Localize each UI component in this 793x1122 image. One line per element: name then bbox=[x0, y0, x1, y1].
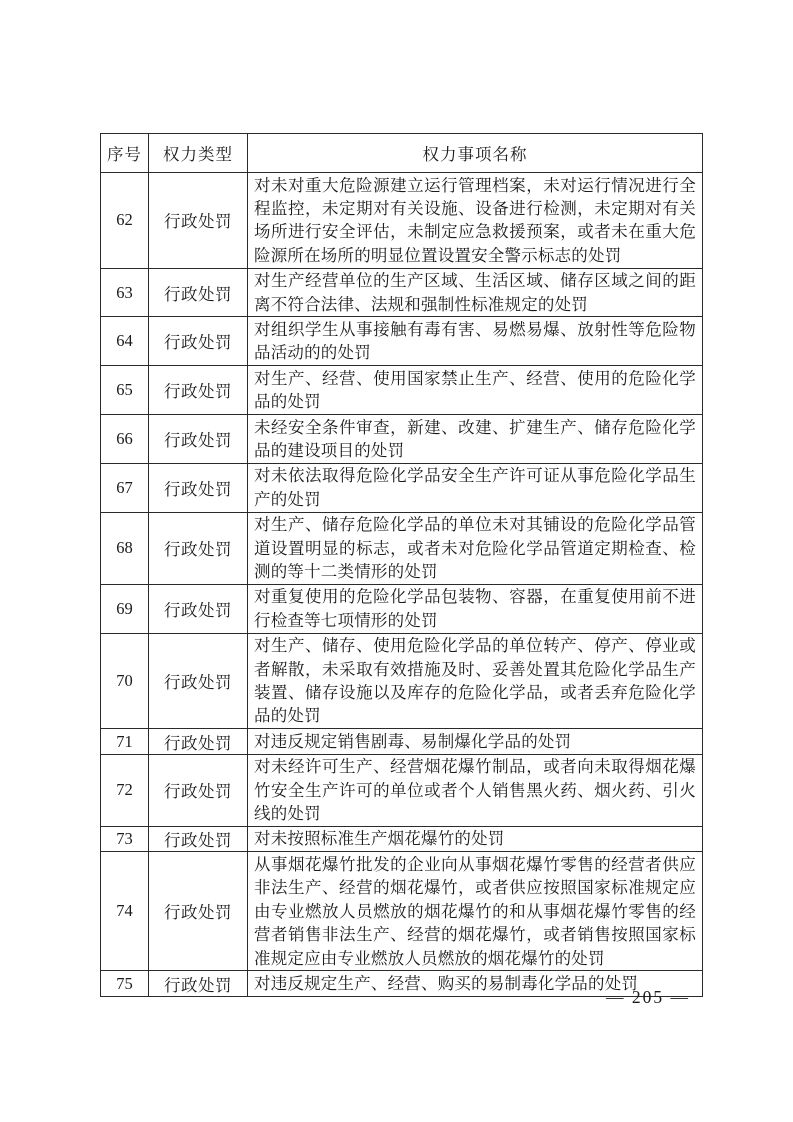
cell-power-item-name: 对生产、储存危险化学品的单位未对其铺设的危险化学品管道设置明显的标志，或者未对危… bbox=[248, 512, 703, 584]
cell-power-item-name: 对生产、经营、使用国家禁止生产、经营、使用的危险化学品的处罚 bbox=[248, 366, 703, 415]
cell-power-type: 行政处罚 bbox=[149, 268, 248, 317]
cell-serial-number: 62 bbox=[101, 173, 149, 269]
header-serial-number: 序号 bbox=[101, 134, 149, 173]
table-row: 66 行政处罚 未经安全条件审查，新建、改建、扩建生产、储存危险化学品的建设项目… bbox=[101, 415, 703, 464]
header-power-type: 权力类型 bbox=[149, 134, 248, 173]
table-header-row: 序号 权力类型 权力事项名称 bbox=[101, 134, 703, 173]
cell-power-type: 行政处罚 bbox=[149, 512, 248, 584]
cell-power-type: 行政处罚 bbox=[149, 317, 248, 366]
page-number: — 205 — bbox=[0, 987, 690, 1008]
cell-power-type: 行政处罚 bbox=[149, 633, 248, 729]
table-row: 63 行政处罚 对生产经营单位的生产区域、生活区域、储存区域之间的距离不符合法律… bbox=[101, 268, 703, 317]
cell-power-type: 行政处罚 bbox=[149, 366, 248, 415]
cell-power-item-name: 对生产、储存、使用危险化学品的单位转产、停产、停业或者解散，未采取有效措施及时、… bbox=[248, 633, 703, 729]
authority-items-table-wrap: 序号 权力类型 权力事项名称 62 行政处罚 对未对重大危险源建立运行管理档案，… bbox=[100, 133, 702, 997]
cell-power-item-name: 对未依法取得危险化学品安全生产许可证从事危险化学品生产的处罚 bbox=[248, 463, 703, 512]
cell-power-item-name: 对重复使用的危险化学品包装物、容器，在重复使用前不进行检查等七项情形的处罚 bbox=[248, 584, 703, 633]
authority-items-table: 序号 权力类型 权力事项名称 62 行政处罚 对未对重大危险源建立运行管理档案，… bbox=[100, 133, 703, 997]
table-row: 64 行政处罚 对组织学生从事接触有毒有害、易燃易爆、放射性等危险物品活动的的处… bbox=[101, 317, 703, 366]
cell-power-type: 行政处罚 bbox=[149, 754, 248, 826]
cell-power-item-name: 对组织学生从事接触有毒有害、易燃易爆、放射性等危险物品活动的的处罚 bbox=[248, 317, 703, 366]
cell-serial-number: 65 bbox=[101, 366, 149, 415]
table-row: 67 行政处罚 对未依法取得危险化学品安全生产许可证从事危险化学品生产的处罚 bbox=[101, 463, 703, 512]
cell-power-item-name: 对未经许可生产、经营烟花爆竹制品，或者向未取得烟花爆竹安全生产许可的单位或者个人… bbox=[248, 754, 703, 826]
cell-power-type: 行政处罚 bbox=[149, 826, 248, 851]
cell-serial-number: 63 bbox=[101, 268, 149, 317]
cell-serial-number: 66 bbox=[101, 415, 149, 464]
cell-serial-number: 72 bbox=[101, 754, 149, 826]
cell-power-item-name: 对生产经营单位的生产区域、生活区域、储存区域之间的距离不符合法律、法规和强制性标… bbox=[248, 268, 703, 317]
cell-serial-number: 68 bbox=[101, 512, 149, 584]
table-row: 65 行政处罚 对生产、经营、使用国家禁止生产、经营、使用的危险化学品的处罚 bbox=[101, 366, 703, 415]
table-row: 71 行政处罚 对违反规定销售剧毒、易制爆化学品的处罚 bbox=[101, 729, 703, 754]
cell-serial-number: 69 bbox=[101, 584, 149, 633]
cell-serial-number: 73 bbox=[101, 826, 149, 851]
cell-power-type: 行政处罚 bbox=[149, 415, 248, 464]
cell-power-type: 行政处罚 bbox=[149, 729, 248, 754]
cell-power-item-name: 对违反规定销售剧毒、易制爆化学品的处罚 bbox=[248, 729, 703, 754]
cell-serial-number: 64 bbox=[101, 317, 149, 366]
cell-power-item-name: 未经安全条件审查，新建、改建、扩建生产、储存危险化学品的建设项目的处罚 bbox=[248, 415, 703, 464]
table-row: 69 行政处罚 对重复使用的危险化学品包装物、容器，在重复使用前不进行检查等七项… bbox=[101, 584, 703, 633]
cell-serial-number: 71 bbox=[101, 729, 149, 754]
cell-power-item-name: 对未对重大危险源建立运行管理档案，未对运行情况进行全程监控，未定期对有关设施、设… bbox=[248, 173, 703, 269]
cell-power-type: 行政处罚 bbox=[149, 852, 248, 971]
cell-serial-number: 70 bbox=[101, 633, 149, 729]
table-body: 62 行政处罚 对未对重大危险源建立运行管理档案，未对运行情况进行全程监控，未定… bbox=[101, 173, 703, 997]
table-row: 74 行政处罚 从事烟花爆竹批发的企业向从事烟花爆竹零售的经营者供应非法生产、经… bbox=[101, 852, 703, 971]
table-row: 70 行政处罚 对生产、储存、使用危险化学品的单位转产、停产、停业或者解散，未采… bbox=[101, 633, 703, 729]
cell-power-item-name: 从事烟花爆竹批发的企业向从事烟花爆竹零售的经营者供应非法生产、经营的烟花爆竹，或… bbox=[248, 852, 703, 971]
table-row: 68 行政处罚 对生产、储存危险化学品的单位未对其铺设的危险化学品管道设置明显的… bbox=[101, 512, 703, 584]
cell-serial-number: 67 bbox=[101, 463, 149, 512]
cell-power-item-name: 对未按照标准生产烟花爆竹的处罚 bbox=[248, 826, 703, 851]
cell-power-type: 行政处罚 bbox=[149, 173, 248, 269]
document-page: 序号 权力类型 权力事项名称 62 行政处罚 对未对重大危险源建立运行管理档案，… bbox=[0, 0, 793, 1122]
table-row: 73 行政处罚 对未按照标准生产烟花爆竹的处罚 bbox=[101, 826, 703, 851]
table-row: 62 行政处罚 对未对重大危险源建立运行管理档案，未对运行情况进行全程监控，未定… bbox=[101, 173, 703, 269]
header-power-item-name: 权力事项名称 bbox=[248, 134, 703, 173]
cell-power-type: 行政处罚 bbox=[149, 584, 248, 633]
table-row: 72 行政处罚 对未经许可生产、经营烟花爆竹制品，或者向未取得烟花爆竹安全生产许… bbox=[101, 754, 703, 826]
cell-power-type: 行政处罚 bbox=[149, 463, 248, 512]
cell-serial-number: 74 bbox=[101, 852, 149, 971]
